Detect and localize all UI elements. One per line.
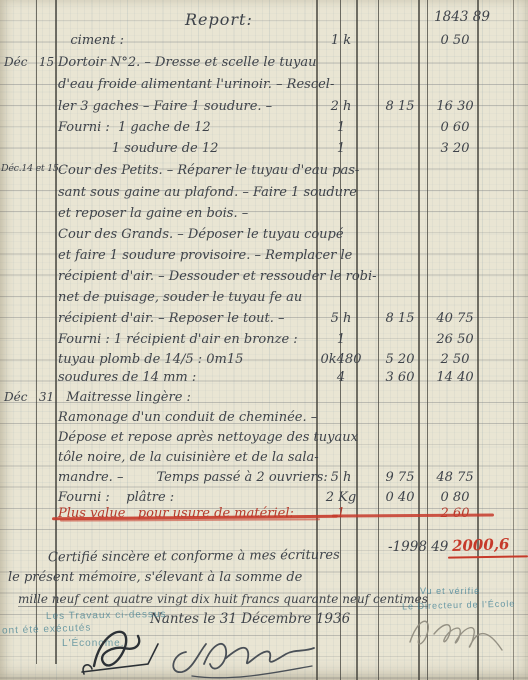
red-total-underline xyxy=(448,555,528,559)
report-amount: 1843 89 xyxy=(432,9,492,25)
quantity-cell: 1 xyxy=(318,141,364,156)
certification-dateline: Nantes le 31 Décembre 1936 xyxy=(150,611,350,627)
unit-price-cell: 9 75 xyxy=(380,470,420,485)
ledger-line: soudures de 14 mm :43 6014 40 xyxy=(0,370,528,390)
description-cell: récipient d'air. – Dessouder et ressoude… xyxy=(58,269,377,284)
description-cell: récipient d'air. – Reposer le tout. – xyxy=(58,311,284,326)
certification-line2: le présent mémoire, s'élevant à la somme… xyxy=(8,570,302,585)
quantity-cell: 4 xyxy=(318,370,364,385)
description-cell: sant sous gaine au plafond. – Faire 1 so… xyxy=(58,185,357,200)
description-cell: soudures de 14 mm : xyxy=(58,370,196,385)
ledger-line: Ramonage d'un conduit de cheminée. – xyxy=(0,410,528,430)
description-cell: Cour des Petits. – Réparer le tuyau d'ea… xyxy=(58,163,359,178)
quantity-cell: 1 k xyxy=(318,33,364,48)
quantity-cell: 5 h xyxy=(318,470,364,485)
unit-price-cell: 3 60 xyxy=(380,370,420,385)
certification-line1: Certifié sincère et conforme à mes écrit… xyxy=(48,548,340,566)
ledger-line: 1 soudure de 1213 20 xyxy=(0,141,528,161)
amount-cell: 3 20 xyxy=(430,141,480,156)
unit-price-cell: 0 40 xyxy=(380,490,420,505)
ledger-line: mandre. – Temps passé à 2 ouvriers:5 h9 … xyxy=(0,470,528,490)
ledger-line: net de puisage, souder le tuyau fe au xyxy=(0,290,528,310)
description-cell: 1 soudure de 12 xyxy=(58,141,218,156)
amount-cell: 2 50 xyxy=(430,352,480,367)
ledger-line: tôle noire, de la cuisinière et de la sa… xyxy=(0,450,528,470)
amount-cell: 16 30 xyxy=(430,99,480,114)
description-cell: tôle noire, de la cuisinière et de la sa… xyxy=(58,450,319,465)
description-cell: et reposer la gaine en bois. – xyxy=(58,206,248,221)
amount-cell: 48 75 xyxy=(430,470,480,485)
quantity-cell: 5 h xyxy=(318,311,364,326)
description-cell: Dortoir N°2. – Dresse et scelle le tuyau xyxy=(58,55,316,70)
quantity-cell: 2 h xyxy=(318,99,364,114)
executed-stamp-line1: Les Travaux ci-dessus xyxy=(46,609,167,622)
ledger-line: récipient d'air. – Reposer le tout. –5 h… xyxy=(0,311,528,331)
description-cell: d'eau froide alimentant l'urinoir. – Res… xyxy=(58,77,334,92)
unit-price-cell: 8 15 xyxy=(380,311,420,326)
ledger-line: Fourni : 1 récipient d'air en bronze :12… xyxy=(0,332,528,352)
ledger-line: Déc 31 Maitresse lingère : xyxy=(0,390,528,410)
amount-cell: 0 80 xyxy=(430,490,480,505)
description-cell: ler 3 gaches – Faire 1 soudure. – xyxy=(58,99,272,114)
description-cell: mandre. – Temps passé à 2 ouvriers: xyxy=(58,470,328,485)
ledger-line: tuyau plomb de 14/5 : 0m150k4805 202 50 xyxy=(0,352,528,372)
description-cell: net de puisage, souder le tuyau fe au xyxy=(58,290,302,305)
description-cell: ciment : xyxy=(58,33,124,48)
description-cell: et faire 1 soudure provisoire. – Remplac… xyxy=(58,248,352,263)
amount-cell: 14 40 xyxy=(430,370,480,385)
description-cell: Maitresse lingère : xyxy=(58,390,191,405)
date-cell: Déc 15 xyxy=(4,55,58,69)
directeur-signature xyxy=(398,606,516,662)
entrepreneur-signature xyxy=(168,630,318,680)
quantity-cell: 1 xyxy=(318,332,364,347)
description-cell: Fourni : 1 récipient d'air en bronze : xyxy=(58,332,298,347)
amount-cell: 0 60 xyxy=(430,120,480,135)
ledger-line: Fourni : 1 gache de 1210 60 xyxy=(0,120,528,140)
date-cell: Déc 31 xyxy=(4,390,58,404)
econome-signature xyxy=(78,622,178,680)
ledger-line: récipient d'air. – Dessouder et ressoude… xyxy=(0,269,528,289)
ledger-line: Déc.14 et 15.Cour des Petits. – Réparer … xyxy=(0,163,528,183)
unit-price-cell: 8 15 xyxy=(380,99,420,114)
ledger-line: d'eau froide alimentant l'urinoir. – Res… xyxy=(0,77,528,97)
certification-line3: mille neuf cent quatre vingt dix huit fr… xyxy=(18,592,428,607)
description-cell: Cour des Grands. – Déposer le tuyau coup… xyxy=(58,227,344,242)
ledger-line: ciment :1 k0 50 xyxy=(0,33,528,53)
amount-cell: 40 75 xyxy=(430,311,480,326)
ledger-line: et faire 1 soudure provisoire. – Remplac… xyxy=(0,248,528,268)
verified-stamp-line1: Vu et vérifié xyxy=(420,586,480,596)
report-label: Report: xyxy=(185,10,253,29)
description-cell: Dépose et repose après nettoyage des tuy… xyxy=(58,430,358,445)
total-red: 2000,6 xyxy=(452,535,510,555)
quantity-cell: 2 Kg xyxy=(318,490,364,505)
description-cell: Fourni : plâtre : xyxy=(58,490,174,505)
quantity-cell: 0k480 xyxy=(318,352,364,367)
amount-cell: 0 50 xyxy=(430,33,480,48)
ledger-line: ler 3 gaches – Faire 1 soudure. –2 h8 15… xyxy=(0,99,528,119)
quantity-cell: 1 xyxy=(318,120,364,135)
description-cell: tuyau plomb de 14/5 : 0m15 xyxy=(58,352,243,367)
total-pencil: -1998 49 xyxy=(388,539,448,555)
amount-cell: 26 50 xyxy=(430,332,480,347)
description-cell: Ramonage d'un conduit de cheminée. – xyxy=(58,410,317,425)
unit-price-cell: 5 20 xyxy=(380,352,420,367)
ledger-line: Cour des Grands. – Déposer le tuyau coup… xyxy=(0,227,528,247)
description-cell: Fourni : 1 gache de 12 xyxy=(58,120,211,135)
ledger-line: et reposer la gaine en bois. – xyxy=(0,206,528,226)
ledger-line: sant sous gaine au plafond. – Faire 1 so… xyxy=(0,185,528,205)
date-cell: Déc.14 et 15. xyxy=(1,163,55,174)
scanned-ledger-page: Report: 1843 89 ciment :1 k0 50Déc 15Dor… xyxy=(0,0,528,680)
ledger-line: Déc 15Dortoir N°2. – Dresse et scelle le… xyxy=(0,55,528,75)
ledger-line: Dépose et repose après nettoyage des tuy… xyxy=(0,430,528,450)
